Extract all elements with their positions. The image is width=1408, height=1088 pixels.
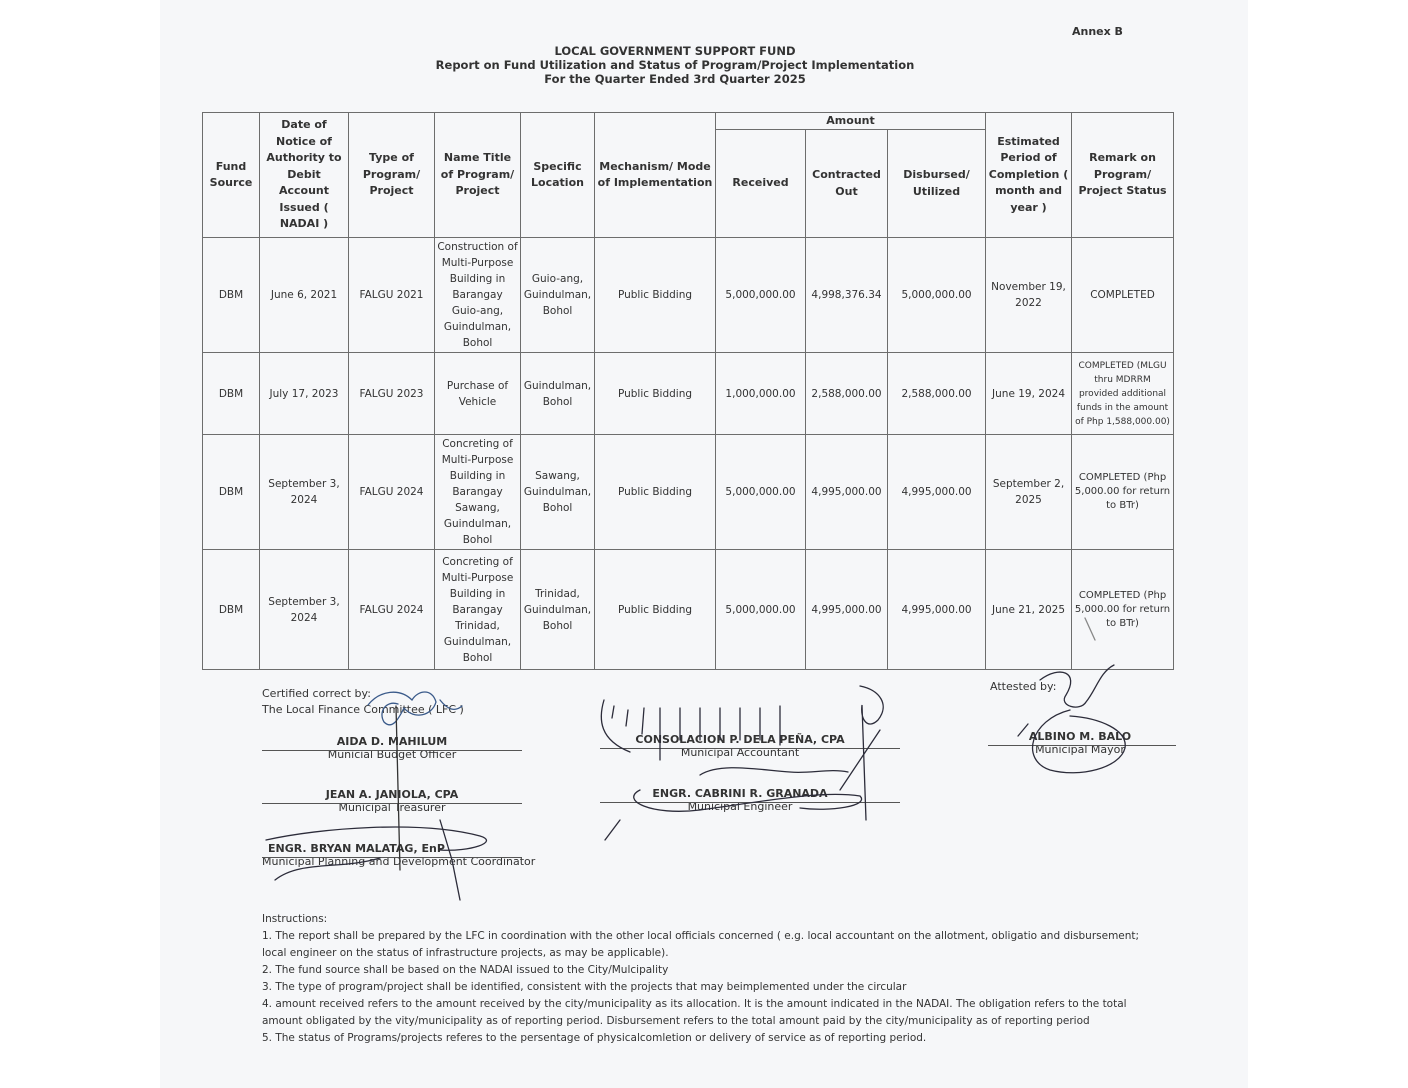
cell-received: 5,000,000.00 xyxy=(716,435,806,550)
col-received: Received xyxy=(716,130,806,238)
signatory-name: AIDA D. MAHILUM xyxy=(262,735,522,748)
engineer-signature: ENGR. CABRINI R. GRANADA Municipal Engin… xyxy=(600,787,880,813)
budget-officer-signature: AIDA D. MAHILUM Municial Budget Officer xyxy=(262,735,522,761)
signatory-name: JEAN A. JANIOLA, CPA xyxy=(262,788,522,801)
cell-name: Concreting of Multi-Purpose Building in … xyxy=(435,550,521,670)
cell-location: Guindulman, Bohol xyxy=(521,353,595,435)
signature-line xyxy=(600,802,900,803)
col-nadai-date: Date of Notice of Authority to Debit Acc… xyxy=(260,113,349,238)
cell-name: Purchase of Vehicle xyxy=(435,353,521,435)
cell-nadai-date: June 6, 2021 xyxy=(260,238,349,353)
col-disbursed: Disbursed/ Utilized xyxy=(888,130,986,238)
table-header-row: Fund Source Date of Notice of Authority … xyxy=(203,113,1174,130)
cell-mechanism: Public Bidding xyxy=(595,238,716,353)
signatory-name: ENGR. CABRINI R. GRANADA xyxy=(600,787,880,800)
signature-line xyxy=(262,750,522,751)
col-fund-source: Fund Source xyxy=(203,113,260,238)
cell-fund-source: DBM xyxy=(203,550,260,670)
col-name: Name Title of Program/ Project xyxy=(435,113,521,238)
table-row: DBM July 17, 2023 FALGU 2023 Purchase of… xyxy=(203,353,1174,435)
instruction-item: 1. The report shall be prepared by the L… xyxy=(262,928,1142,962)
signature-line xyxy=(988,745,1176,746)
cell-contracted: 4,995,000.00 xyxy=(806,550,888,670)
cell-mechanism: Public Bidding xyxy=(595,550,716,670)
cell-type: FALGU 2023 xyxy=(349,353,435,435)
cell-nadai-date: September 3, 2024 xyxy=(260,435,349,550)
table-row: DBM June 6, 2021 FALGU 2021 Construction… xyxy=(203,238,1174,353)
cell-remark: COMPLETED (Php 5,000.00 for return to BT… xyxy=(1072,435,1174,550)
treasurer-signature: JEAN A. JANIOLA, CPA Municipal Treasurer xyxy=(262,788,522,814)
report-subtitle: Report on Fund Utilization and Status of… xyxy=(400,58,950,72)
cell-location: Guio-ang, Guindulman, Bohol xyxy=(521,238,595,353)
col-location: Specific Location xyxy=(521,113,595,238)
instruction-item: 4. amount received refers to the amount … xyxy=(262,996,1142,1030)
cell-received: 5,000,000.00 xyxy=(716,550,806,670)
signature-line xyxy=(600,748,900,749)
report-title: LOCAL GOVERNMENT SUPPORT FUND xyxy=(400,44,950,58)
report-header: LOCAL GOVERNMENT SUPPORT FUND Report on … xyxy=(400,44,950,86)
cell-type: FALGU 2024 xyxy=(349,550,435,670)
cell-disbursed: 4,995,000.00 xyxy=(888,550,986,670)
signatory-name: CONSOLACION P. DELA PEÑA, CPA xyxy=(600,733,880,746)
cell-contracted: 2,588,000.00 xyxy=(806,353,888,435)
cell-completion: June 21, 2025 xyxy=(986,550,1072,670)
accountant-signature: CONSOLACION P. DELA PEÑA, CPA Municipal … xyxy=(600,733,880,759)
cell-disbursed: 2,588,000.00 xyxy=(888,353,986,435)
instructions: Instructions: 1. The report shall be pre… xyxy=(262,911,1142,1047)
certified-label-block: Certified correct by: The Local Finance … xyxy=(262,686,464,718)
fund-utilization-table: Fund Source Date of Notice of Authority … xyxy=(202,112,1174,670)
mayor-signature: ALBINO M. BALO Municipal Mayor xyxy=(1000,730,1160,756)
cell-fund-source: DBM xyxy=(203,353,260,435)
signature-line xyxy=(262,857,522,858)
cell-contracted: 4,998,376.34 xyxy=(806,238,888,353)
cell-completion: June 19, 2024 xyxy=(986,353,1072,435)
cell-remark: COMPLETED (MLGU thru MDRRM provided addi… xyxy=(1072,353,1174,435)
cell-type: FALGU 2024 xyxy=(349,435,435,550)
col-amount: Amount xyxy=(716,113,986,130)
col-remark: Remark on Program/ Project Status xyxy=(1072,113,1174,238)
instructions-heading: Instructions: xyxy=(262,911,1142,928)
cell-mechanism: Public Bidding xyxy=(595,435,716,550)
instruction-item: 5. The status of Programs/projects refer… xyxy=(262,1030,1142,1047)
cell-name: Construction of Multi-Purpose Building i… xyxy=(435,238,521,353)
cell-nadai-date: July 17, 2023 xyxy=(260,353,349,435)
cell-fund-source: DBM xyxy=(203,435,260,550)
table-row: DBM September 3, 2024 FALGU 2024 Concret… xyxy=(203,550,1174,670)
annex-label: Annex B xyxy=(1072,25,1123,38)
col-contracted: Contracted Out xyxy=(806,130,888,238)
cell-received: 5,000,000.00 xyxy=(716,238,806,353)
cell-mechanism: Public Bidding xyxy=(595,353,716,435)
attested-label: Attested by: xyxy=(990,680,1056,693)
col-completion: Estimated Period of Completion ( month a… xyxy=(986,113,1072,238)
cell-disbursed: 4,995,000.00 xyxy=(888,435,986,550)
cell-completion: November 19, 2022 xyxy=(986,238,1072,353)
cell-remark: COMPLETED (Php 5,000.00 for return to BT… xyxy=(1072,550,1174,670)
cell-remark: COMPLETED xyxy=(1072,238,1174,353)
instruction-item: 2. The fund source shall be based on the… xyxy=(262,962,1142,979)
cell-type: FALGU 2021 xyxy=(349,238,435,353)
signature-line xyxy=(262,803,522,804)
cell-location: Sawang, Guindulman, Bohol xyxy=(521,435,595,550)
signatory-name: ENGR. BRYAN MALATAG, EnP xyxy=(262,842,542,855)
cell-location: Trinidad, Guindulman, Bohol xyxy=(521,550,595,670)
certified-label: Certified correct by: xyxy=(262,686,464,702)
cell-fund-source: DBM xyxy=(203,238,260,353)
instruction-item: 3. The type of program/project shall be … xyxy=(262,979,1142,996)
cell-completion: September 2, 2025 xyxy=(986,435,1072,550)
cell-nadai-date: September 3, 2024 xyxy=(260,550,349,670)
cell-received: 1,000,000.00 xyxy=(716,353,806,435)
planning-coordinator-signature: ENGR. BRYAN MALATAG, EnP Municipal Plann… xyxy=(262,842,542,868)
table-row: DBM September 3, 2024 FALGU 2024 Concret… xyxy=(203,435,1174,550)
committee-label: The Local Finance Committee ( LFC ) xyxy=(262,702,464,718)
signatory-name: ALBINO M. BALO xyxy=(1000,730,1160,743)
col-type: Type of Program/ Project xyxy=(349,113,435,238)
report-period: For the Quarter Ended 3rd Quarter 2025 xyxy=(400,72,950,86)
col-mechanism: Mechanism/ Mode of Implementation xyxy=(595,113,716,238)
cell-name: Concreting of Multi-Purpose Building in … xyxy=(435,435,521,550)
cell-contracted: 4,995,000.00 xyxy=(806,435,888,550)
cell-disbursed: 5,000,000.00 xyxy=(888,238,986,353)
